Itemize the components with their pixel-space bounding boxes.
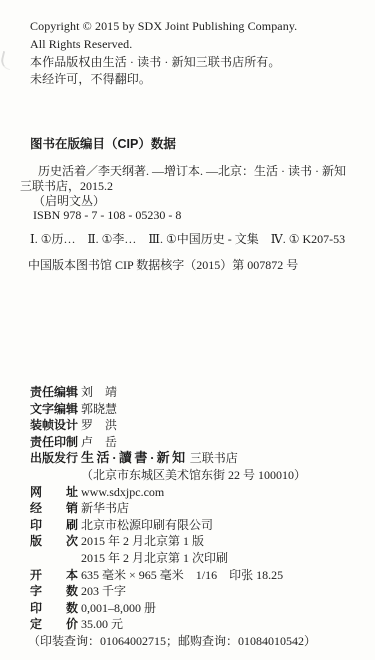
- colophon-label: 文字编辑: [30, 401, 78, 418]
- edition-line: 2015 年 2 月北京第 1 版: [81, 533, 365, 550]
- copyright-line-chinese: 本作品版权由生活 · 读书 · 新知三联书店所有。: [30, 54, 357, 72]
- cip-heading: 图书在版编目（CIP）数据: [30, 134, 365, 152]
- colophon-row-print-supervisor: 责任印制 卢 岳: [30, 434, 365, 451]
- print-run: 0,001–8,000 册: [81, 600, 365, 617]
- inquiry-phone-line: （印装查询：01064002715；邮购查询：01084010542）: [28, 633, 365, 650]
- copyright-page: Copyright © 2015 by SDX Joint Publishing…: [0, 0, 375, 660]
- colophon-label: 装帧设计: [30, 417, 78, 434]
- colophon-label: 经 销: [30, 500, 78, 517]
- format-line: 635 毫米 × 965 毫米 1/16 印张 18.25: [81, 567, 365, 584]
- cip-desc-line1: 历史活着／李天纲著. —增订本. —北京：生活 · 读书 · 新知: [38, 164, 346, 178]
- book-series-name: （启明文丛）: [33, 194, 365, 209]
- colophon-label: 字 数: [30, 583, 78, 600]
- colophon-label: 责任印制: [30, 434, 78, 451]
- colophon-row-price: 定 价 35.00 元: [30, 616, 365, 633]
- colophon-row-distributor: 经 销 新华书店: [30, 500, 365, 517]
- colophon-row-cover-design: 装帧设计 罗 洪: [30, 417, 365, 434]
- rights-reserved-line: All Rights Reserved.: [30, 36, 357, 54]
- colophon-row-edition: 版 次 2015 年 2 月北京第 1 版: [30, 533, 365, 550]
- colophon-value: 刘 靖: [81, 384, 365, 401]
- colophon-block: 责任编辑 刘 靖 文字编辑 郭晓慧 装帧设计 罗 洪 责任印制 卢 岳 出版发行…: [30, 384, 365, 650]
- colophon-value: 卢 岳: [81, 434, 365, 451]
- colophon-row-publisher-address: （北京市东城区美术馆东街 22 号 100010）: [30, 467, 365, 484]
- colophon-row-format: 开 本 635 毫米 × 965 毫米 1/16 印张 18.25: [30, 567, 365, 584]
- colophon-row-print-run: 印 数 0,001–8,000 册: [30, 600, 365, 617]
- isbn-number: ISBN 978 - 7 - 108 - 05230 - 8: [33, 208, 365, 223]
- colophon-row-printing-line: 2015 年 2 月北京第 1 次印刷: [30, 550, 365, 567]
- colophon-value: 郭晓慧: [81, 401, 365, 418]
- cip-data-block: 图书在版编目（CIP）数据 历史活着／李天纲著. —增订本. —北京：生活 · …: [20, 134, 365, 273]
- colophon-row-publisher: 出版发行 生活·讀書·新知三联书店: [30, 450, 365, 467]
- colophon-value: 生活·讀書·新知三联书店: [81, 450, 365, 467]
- colophon-row-printer: 印 刷 北京市松源印刷有限公司: [30, 517, 365, 534]
- publisher-brand-calligraphy: 生活·讀書·新知: [81, 450, 188, 465]
- publisher-name-suffix: 三联书店: [190, 451, 238, 465]
- cip-desc-line2: 三联书店，2015.2: [20, 179, 113, 193]
- cip-record-number-line: 中国版本图书馆 CIP 数据核字（2015）第 007872 号: [28, 258, 365, 273]
- colophon-value: 罗 洪: [81, 417, 365, 434]
- price-value: 35.00 元: [81, 616, 365, 633]
- colophon-label: 印 数: [30, 600, 78, 617]
- colophon-label: 定 价: [30, 616, 78, 633]
- colophon-label: 网 址: [30, 484, 78, 501]
- copyright-line-english: Copyright © 2015 by SDX Joint Publishing…: [30, 18, 357, 36]
- no-reproduction-line: 未经许可，不得翻印。: [30, 71, 357, 89]
- copyright-notice-block: Copyright © 2015 by SDX Joint Publishing…: [30, 18, 357, 89]
- colophon-value: 新华书店: [81, 500, 365, 517]
- colophon-label: 出版发行: [30, 450, 78, 467]
- colophon-row-executive-editor: 责任编辑 刘 靖: [30, 384, 365, 401]
- colophon-row-text-editor: 文字编辑 郭晓慧: [30, 401, 365, 418]
- word-count: 203 千字: [81, 583, 365, 600]
- cip-classification-line: Ⅰ. ①历… Ⅱ. ①李… Ⅲ. ①中国历史 - 文集 Ⅳ. ① K207-53: [30, 232, 365, 247]
- colophon-row-word-count: 字 数 203 千字: [30, 583, 365, 600]
- cip-bibliographic-description: 历史活着／李天纲著. —增订本. —北京：生活 · 读书 · 新知三联书店，20…: [20, 164, 365, 194]
- colophon-label: 印 刷: [30, 517, 78, 534]
- colophon-value: 北京市松源印刷有限公司: [81, 517, 365, 534]
- publisher-address: （北京市东城区美术馆东街 22 号 100010）: [81, 467, 365, 484]
- colophon-row-website: 网 址 www.sdxjpc.com: [30, 484, 365, 501]
- colophon-label: 责任编辑: [30, 384, 78, 401]
- printing-line: 2015 年 2 月北京第 1 次印刷: [81, 550, 365, 567]
- colophon-label: 版 次: [30, 533, 78, 550]
- scan-artifact: [0, 51, 14, 70]
- website-url: www.sdxjpc.com: [81, 484, 365, 501]
- colophon-label: 开 本: [30, 567, 78, 584]
